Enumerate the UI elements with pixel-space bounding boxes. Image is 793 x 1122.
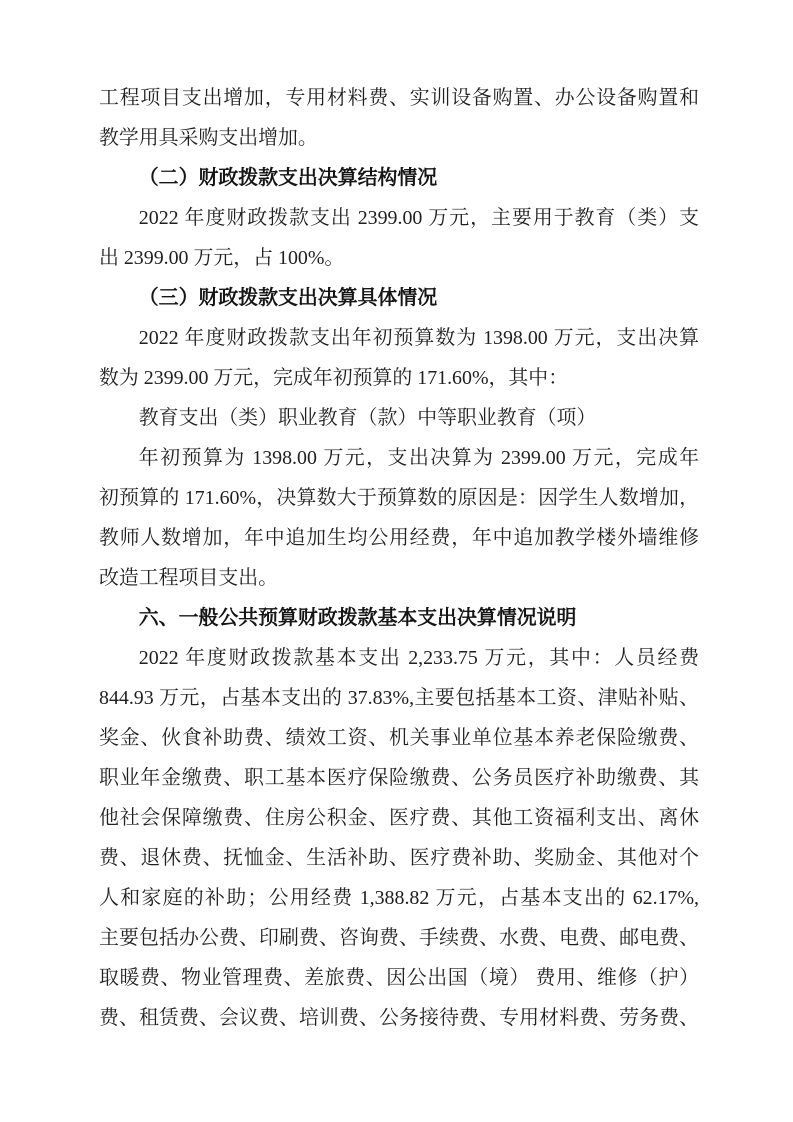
text-line: 教学用具采购支出增加。 bbox=[99, 118, 699, 158]
text-line: 他社会保障缴费、住房公积金、医疗费、其他工资福利支出、离休 bbox=[99, 798, 699, 838]
text-line: 数为 2399.00 万元，完成年初预算的 171.60%，其中： bbox=[99, 358, 699, 398]
text-line: 出 2399.00 万元，占 100%。 bbox=[99, 238, 699, 278]
text-line: 教师人数增加，年中追加生均公用经费，年中追加教学楼外墙维修 bbox=[99, 518, 699, 558]
text-line: 改造工程项目支出。 bbox=[99, 558, 699, 598]
text-line: 2022 年度财政拨款支出年初预算数为 1398.00 万元，支出决算 bbox=[99, 318, 699, 358]
text-line: 奖金、伙食补助费、绩效工资、机关事业单位基本养老保险缴费、 bbox=[99, 718, 699, 758]
section-heading: 六、一般公共预算财政拨款基本支出决算情况说明 bbox=[99, 598, 699, 638]
text-line: 人和家庭的补助；公用经费 1,388.82 万元，占基本支出的 62.17%, bbox=[99, 878, 699, 918]
text-line: 取暖费、物业管理费、差旅费、因公出国（境） 费用、维修（护） bbox=[99, 958, 699, 998]
text-line: 费、租赁费、会议费、培训费、公务接待费、专用材料费、劳务费、 bbox=[99, 998, 699, 1038]
text-line: 费、退休费、抚恤金、生活补助、医疗费补助、奖励金、其他对个 bbox=[99, 838, 699, 878]
text-line: 2022 年度财政拨款支出 2399.00 万元，主要用于教育（类）支 bbox=[99, 198, 699, 238]
text-line: 年初预算为 1398.00 万元，支出决算为 2399.00 万元，完成年 bbox=[99, 438, 699, 478]
text-column: 工程项目支出增加，专用材料费、实训设备购置、办公设备购置和教学用具采购支出增加。… bbox=[99, 78, 699, 1038]
text-line: 初预算的 171.60%，决算数大于预算数的原因是：因学生人数增加， bbox=[99, 478, 699, 518]
text-line: 2022 年度财政拨款基本支出 2,233.75 万元，其中：人员经费 bbox=[99, 638, 699, 678]
text-line: 工程项目支出增加，专用材料费、实训设备购置、办公设备购置和 bbox=[99, 78, 699, 118]
document-page: 工程项目支出增加，专用材料费、实训设备购置、办公设备购置和教学用具采购支出增加。… bbox=[0, 0, 793, 1122]
text-line: 主要包括办公费、印刷费、咨询费、手续费、水费、电费、邮电费、 bbox=[99, 918, 699, 958]
section-heading: （三）财政拨款支出决算具体情况 bbox=[99, 278, 699, 318]
text-line: 教育支出（类）职业教育（款）中等职业教育（项） bbox=[99, 398, 699, 438]
text-line: 职业年金缴费、职工基本医疗保险缴费、公务员医疗补助缴费、其 bbox=[99, 758, 699, 798]
text-line: 844.93 万元，占基本支出的 37.83%,主要包括基本工资、津贴补贴、 bbox=[99, 678, 699, 718]
section-heading: （二）财政拨款支出决算结构情况 bbox=[99, 158, 699, 198]
